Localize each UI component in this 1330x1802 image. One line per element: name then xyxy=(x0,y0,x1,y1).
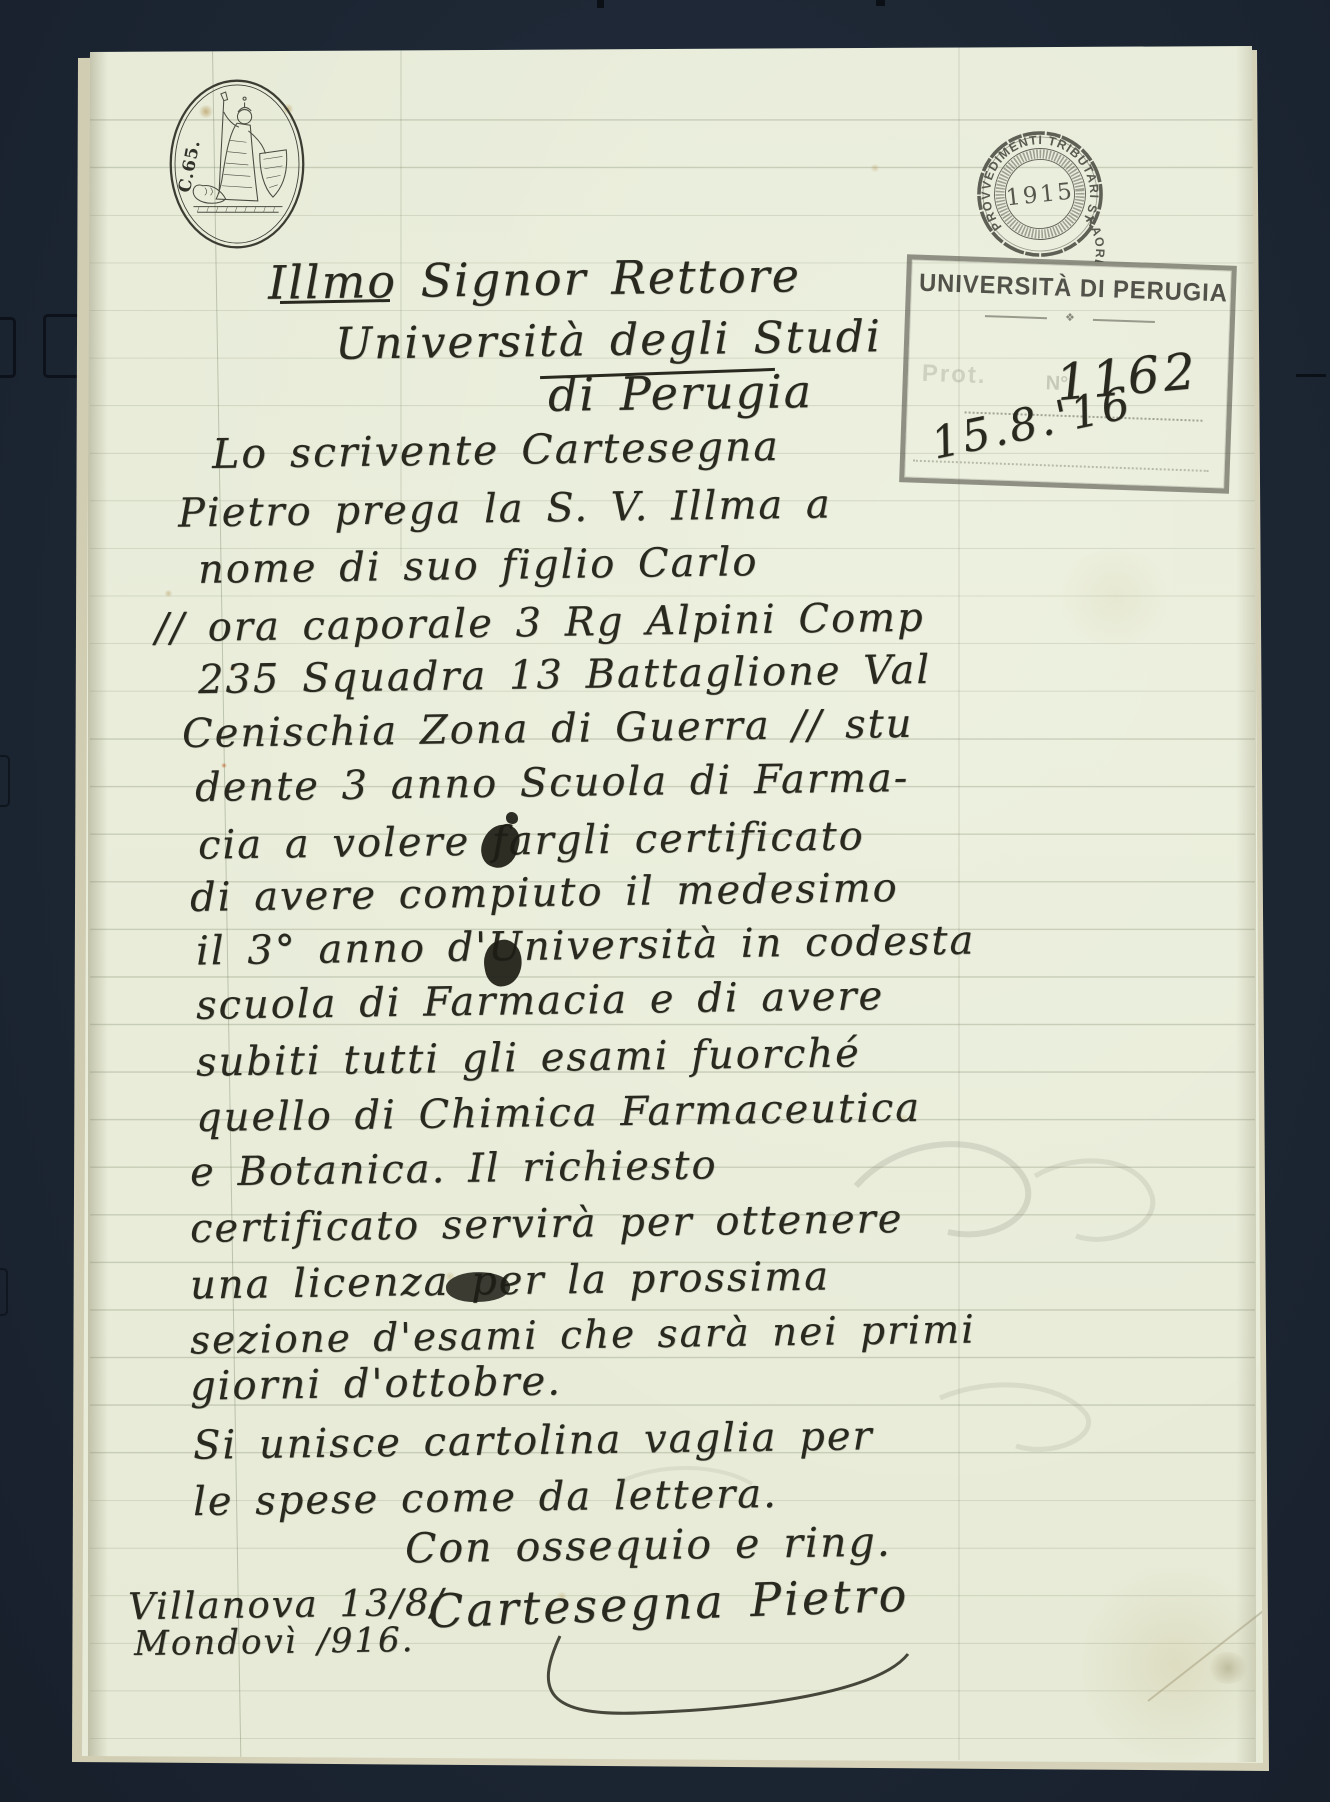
stamp-year: 1915 xyxy=(1005,178,1076,211)
letter-line-17: e Botanica. Il richiesto xyxy=(190,1142,718,1195)
letter-line-14: scuola di Farmacia e di avere xyxy=(196,973,885,1029)
registration-mark xyxy=(0,755,10,807)
letter-place-line-2: Mondovì /916. xyxy=(134,1620,415,1664)
registration-tick xyxy=(876,0,885,6)
foxing-spot xyxy=(870,164,880,172)
registration-dash xyxy=(1296,374,1326,377)
letter-line-6: nome di suo figlio Carlo xyxy=(198,539,759,593)
letter-line-5: Pietro prega la S. V. Illma a xyxy=(178,481,832,536)
letter-line-15: subiti tutti gli esami fuorché xyxy=(196,1030,861,1085)
registration-tick xyxy=(597,0,604,8)
ink-blot xyxy=(506,812,518,824)
left-edge-shadow xyxy=(88,48,108,1760)
letter-line-2: Università degli Studi xyxy=(335,311,883,370)
stain xyxy=(1206,1652,1250,1684)
registry-stamp-institution: UNIVERSITÀ DI PERUGIA xyxy=(919,269,1224,309)
foxing-spot xyxy=(164,590,173,597)
registration-mark xyxy=(43,314,81,378)
letter-line-11: cia a volere fargli certificato xyxy=(198,813,865,868)
letter-line-19: una licenza per la prossima xyxy=(190,1254,831,1309)
seal-code: C.65. xyxy=(175,138,205,194)
scanned-letter-page: C.65. xyxy=(0,0,1330,1802)
letter-line-22: Si unisce cartolina vaglia per xyxy=(193,1413,874,1468)
allegorical-figure-illustration xyxy=(193,92,286,212)
registration-mark xyxy=(0,1268,8,1316)
right-edge-shadow xyxy=(1236,46,1256,1762)
letter-line-4: Lo scrivente Cartesegna xyxy=(212,422,780,478)
letter-line-21: giorni d'ottobre. xyxy=(190,1358,563,1409)
revenue-seal-oval: C.65. xyxy=(166,72,308,256)
stain xyxy=(1050,550,1180,645)
round-tax-stamp: PROVVEDIMENTI TRIBUTARI STRAORDINARI ✳ 1… xyxy=(972,126,1108,262)
letter-line-23: le spese come da lettera. xyxy=(193,1471,778,1525)
stamp-prot-label: Prot. xyxy=(921,360,987,390)
letter-sheet: C.65. xyxy=(0,0,1330,1802)
stamp-ornament: ❖ xyxy=(985,309,1155,329)
letter-closing: Con ossequio e ring. xyxy=(405,1518,892,1573)
registration-mark xyxy=(0,317,16,378)
